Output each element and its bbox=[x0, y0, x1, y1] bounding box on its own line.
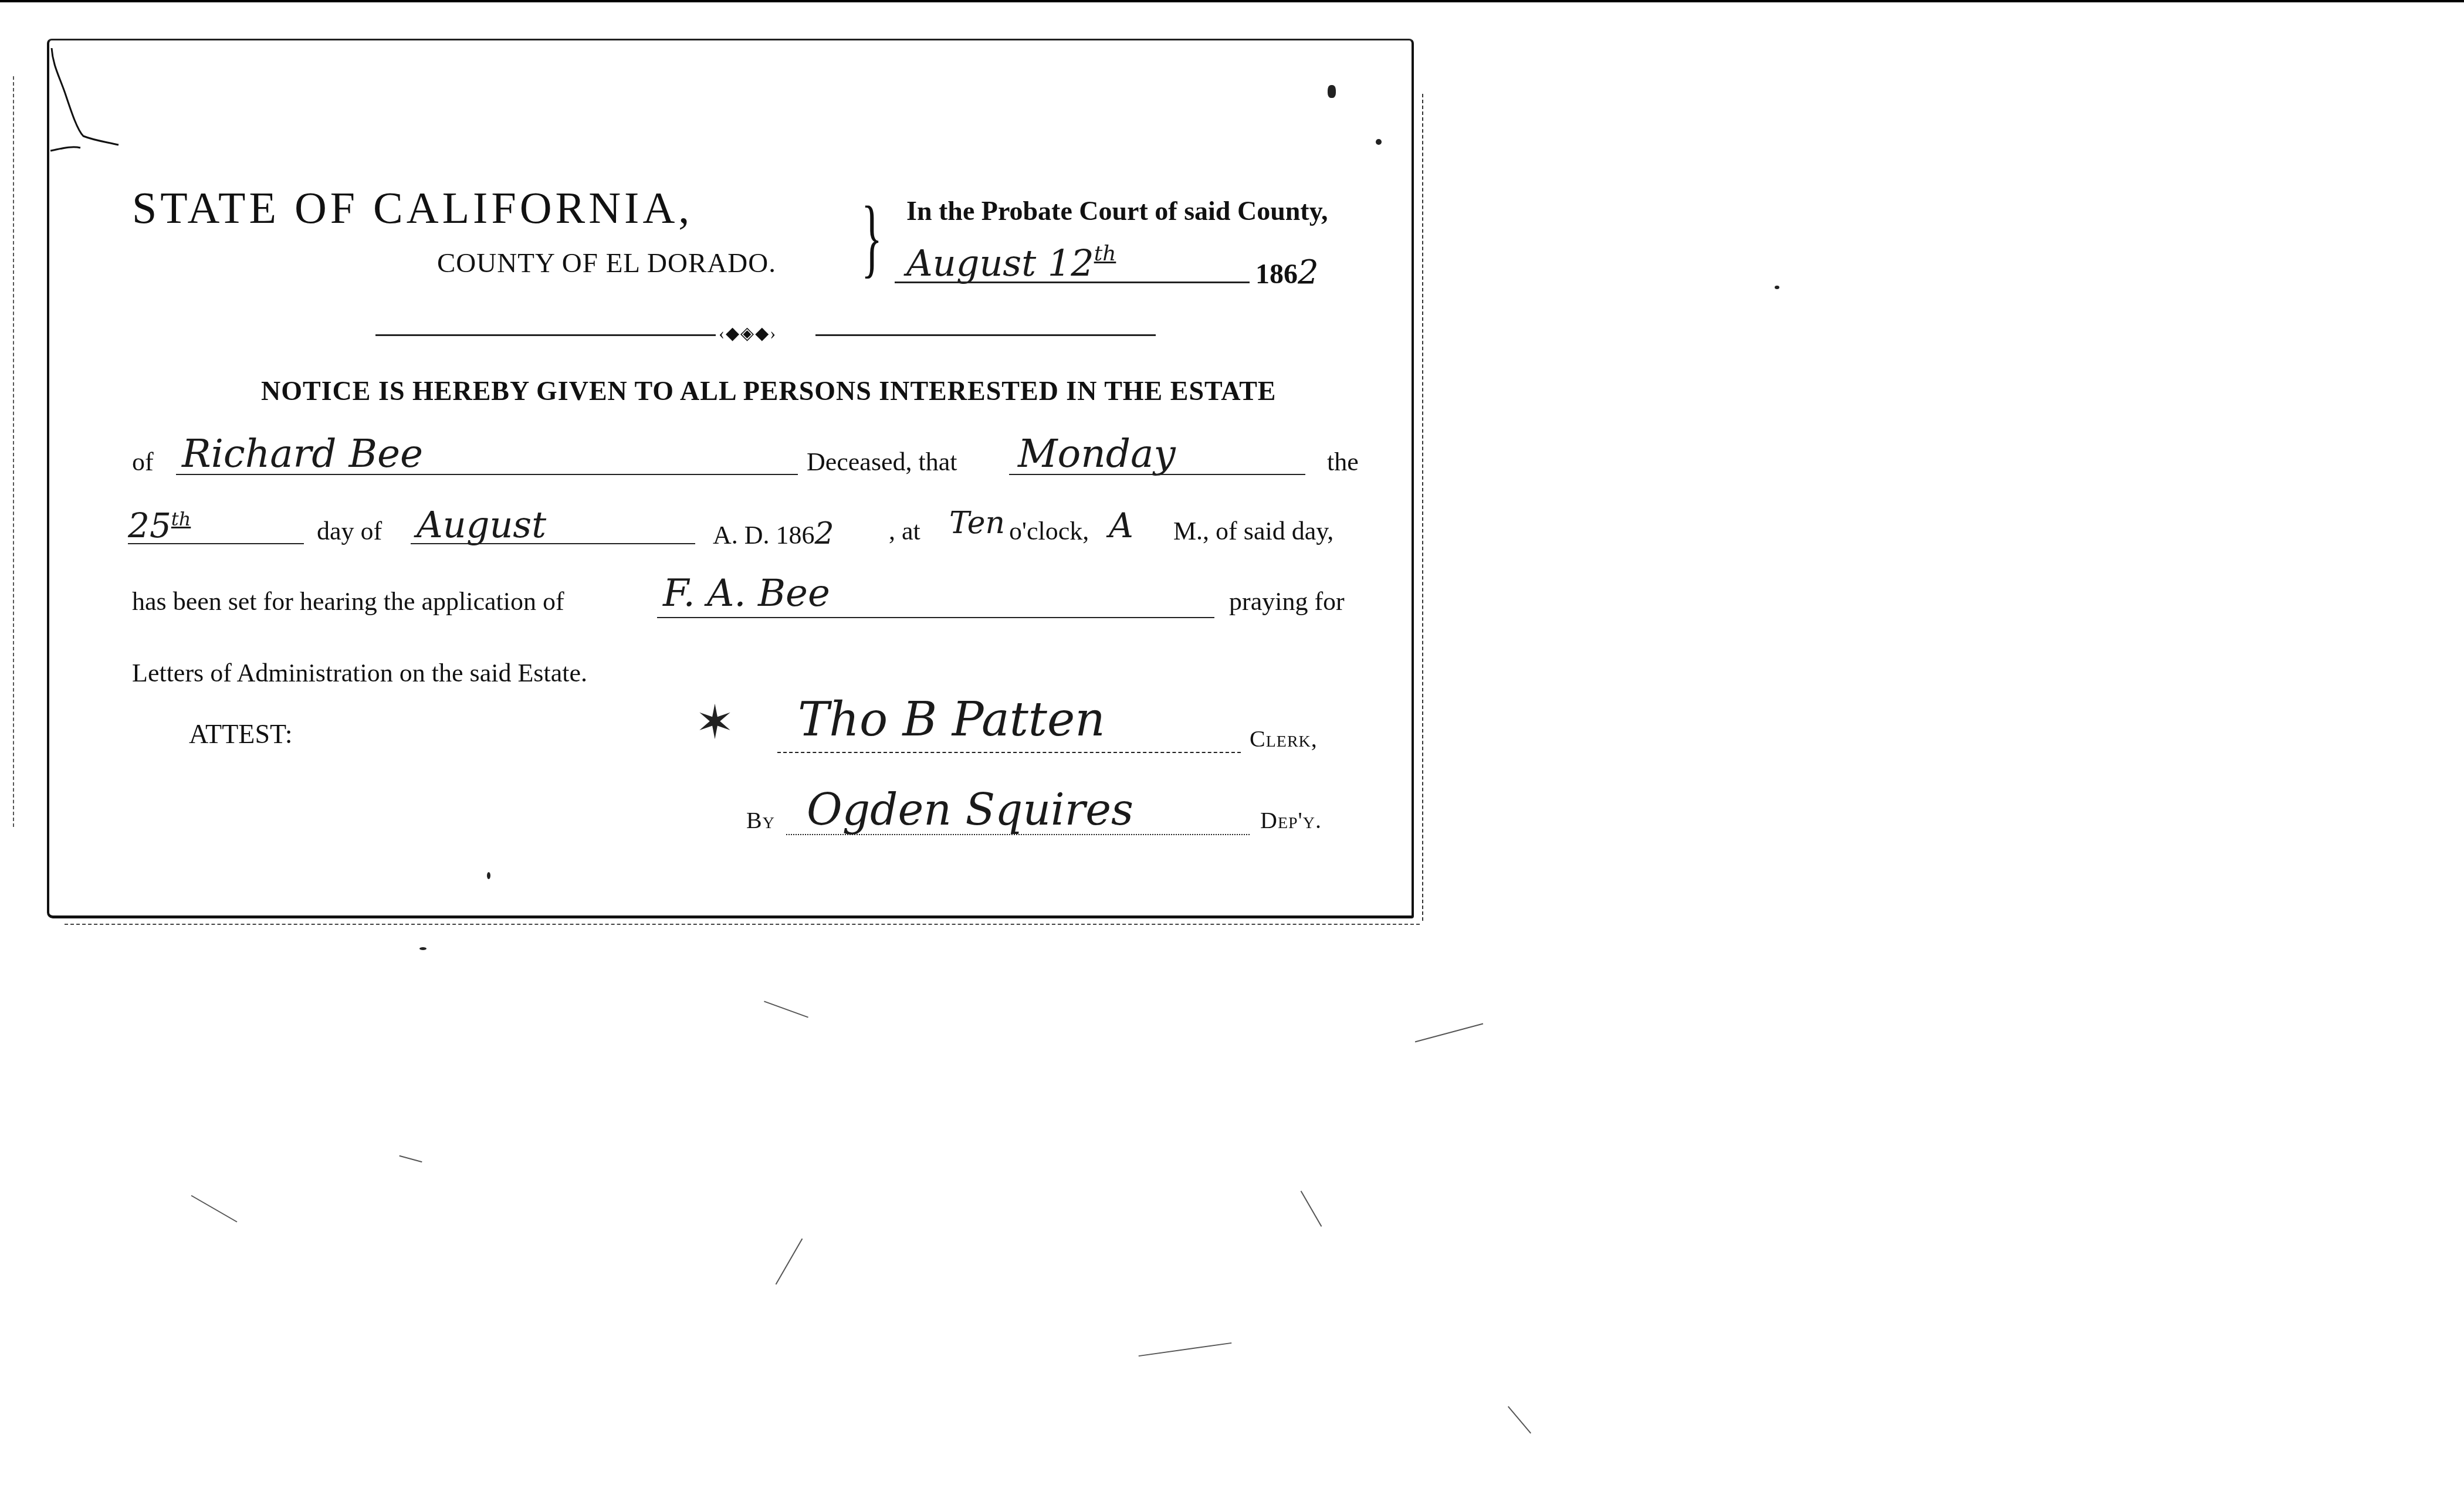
meridiem: A bbox=[1109, 506, 1133, 545]
deputy-signature-line bbox=[786, 834, 1250, 835]
of-label: of bbox=[132, 447, 154, 477]
date-year: 1862 bbox=[1255, 253, 1319, 291]
state-title: STATE OF CALIFORNIA, bbox=[132, 183, 693, 234]
weekday: Monday bbox=[1018, 431, 1176, 476]
hearing-month: August bbox=[417, 503, 546, 546]
deceased-name-line bbox=[176, 474, 798, 475]
scan-stroke bbox=[776, 1239, 803, 1285]
brace-icon: } bbox=[861, 194, 882, 282]
torn-corner-icon bbox=[48, 42, 130, 160]
scan-left-margin-marks bbox=[13, 76, 15, 827]
notice-date: August 12th 1862 bbox=[895, 246, 1399, 287]
scan-stroke bbox=[191, 1195, 238, 1223]
by-label: By bbox=[746, 806, 775, 834]
deceased-name: Richard Bee bbox=[182, 431, 423, 476]
scan-stroke bbox=[1139, 1342, 1232, 1357]
application-prefix: has been set for hearing the application… bbox=[132, 586, 564, 616]
scan-top-edge bbox=[0, 0, 2464, 2]
scan-stroke bbox=[1415, 1023, 1483, 1043]
scan-speck bbox=[487, 872, 490, 879]
deceased-label: Deceased, that bbox=[807, 447, 957, 477]
scan-stroke bbox=[1508, 1406, 1531, 1433]
oclock-label: o'clock, bbox=[1009, 516, 1089, 546]
date-underline bbox=[895, 282, 1250, 283]
day-number: 25th bbox=[128, 506, 191, 545]
star-seal-icon: ✶ bbox=[695, 695, 735, 750]
ornamental-divider: ‹◆◈◆› bbox=[375, 331, 1156, 338]
clerk-label: Clerk, bbox=[1250, 725, 1318, 752]
m-of-said-day-label: M., of said day, bbox=[1173, 516, 1333, 546]
card-right-edge-shadow bbox=[1422, 94, 1425, 921]
scan-stroke bbox=[399, 1155, 422, 1162]
day-of-label: day of bbox=[317, 516, 382, 546]
letters-of-administration: Letters of Administration on the said Es… bbox=[132, 658, 587, 688]
hearing-hour: Ten bbox=[949, 506, 1005, 541]
notice-heading: NOTICE IS HEREBY GIVEN TO ALL PERSONS IN… bbox=[261, 375, 1277, 406]
deputy-signature: Ogden Squires bbox=[807, 785, 1133, 835]
the-label: the bbox=[1327, 447, 1359, 477]
praying-for-label: praying for bbox=[1229, 586, 1345, 616]
day-number-line bbox=[128, 543, 304, 544]
ink-mark bbox=[1328, 85, 1336, 98]
ink-speck bbox=[1376, 139, 1382, 145]
notice-card bbox=[47, 39, 1414, 918]
county-title: COUNTY OF EL DORADO. bbox=[437, 247, 776, 279]
clerk-signature-line bbox=[777, 752, 1241, 753]
attest-label: ATTEST: bbox=[189, 718, 293, 750]
deputy-label: Dep'y. bbox=[1260, 806, 1322, 834]
card-bottom-edge-shadow bbox=[65, 924, 1420, 927]
scan-speck bbox=[1775, 286, 1779, 289]
hearing-month-line bbox=[411, 543, 695, 544]
scan-stroke bbox=[764, 1001, 808, 1018]
ad-label: A. D. 1862 bbox=[713, 516, 834, 551]
date-handwritten: August 12th bbox=[906, 242, 1116, 284]
clerk-signature: Tho B Patten bbox=[798, 692, 1105, 747]
scan-speck bbox=[419, 947, 427, 950]
applicant-name: F. A. Bee bbox=[663, 572, 830, 615]
court-name: In the Probate Court of said County, bbox=[906, 195, 1328, 226]
diamond-ornament-icon: ‹◆◈◆› bbox=[719, 323, 777, 344]
scan-stroke bbox=[1301, 1191, 1322, 1227]
at-label: , at bbox=[889, 516, 920, 546]
applicant-line bbox=[657, 617, 1214, 618]
weekday-line bbox=[1009, 474, 1305, 475]
